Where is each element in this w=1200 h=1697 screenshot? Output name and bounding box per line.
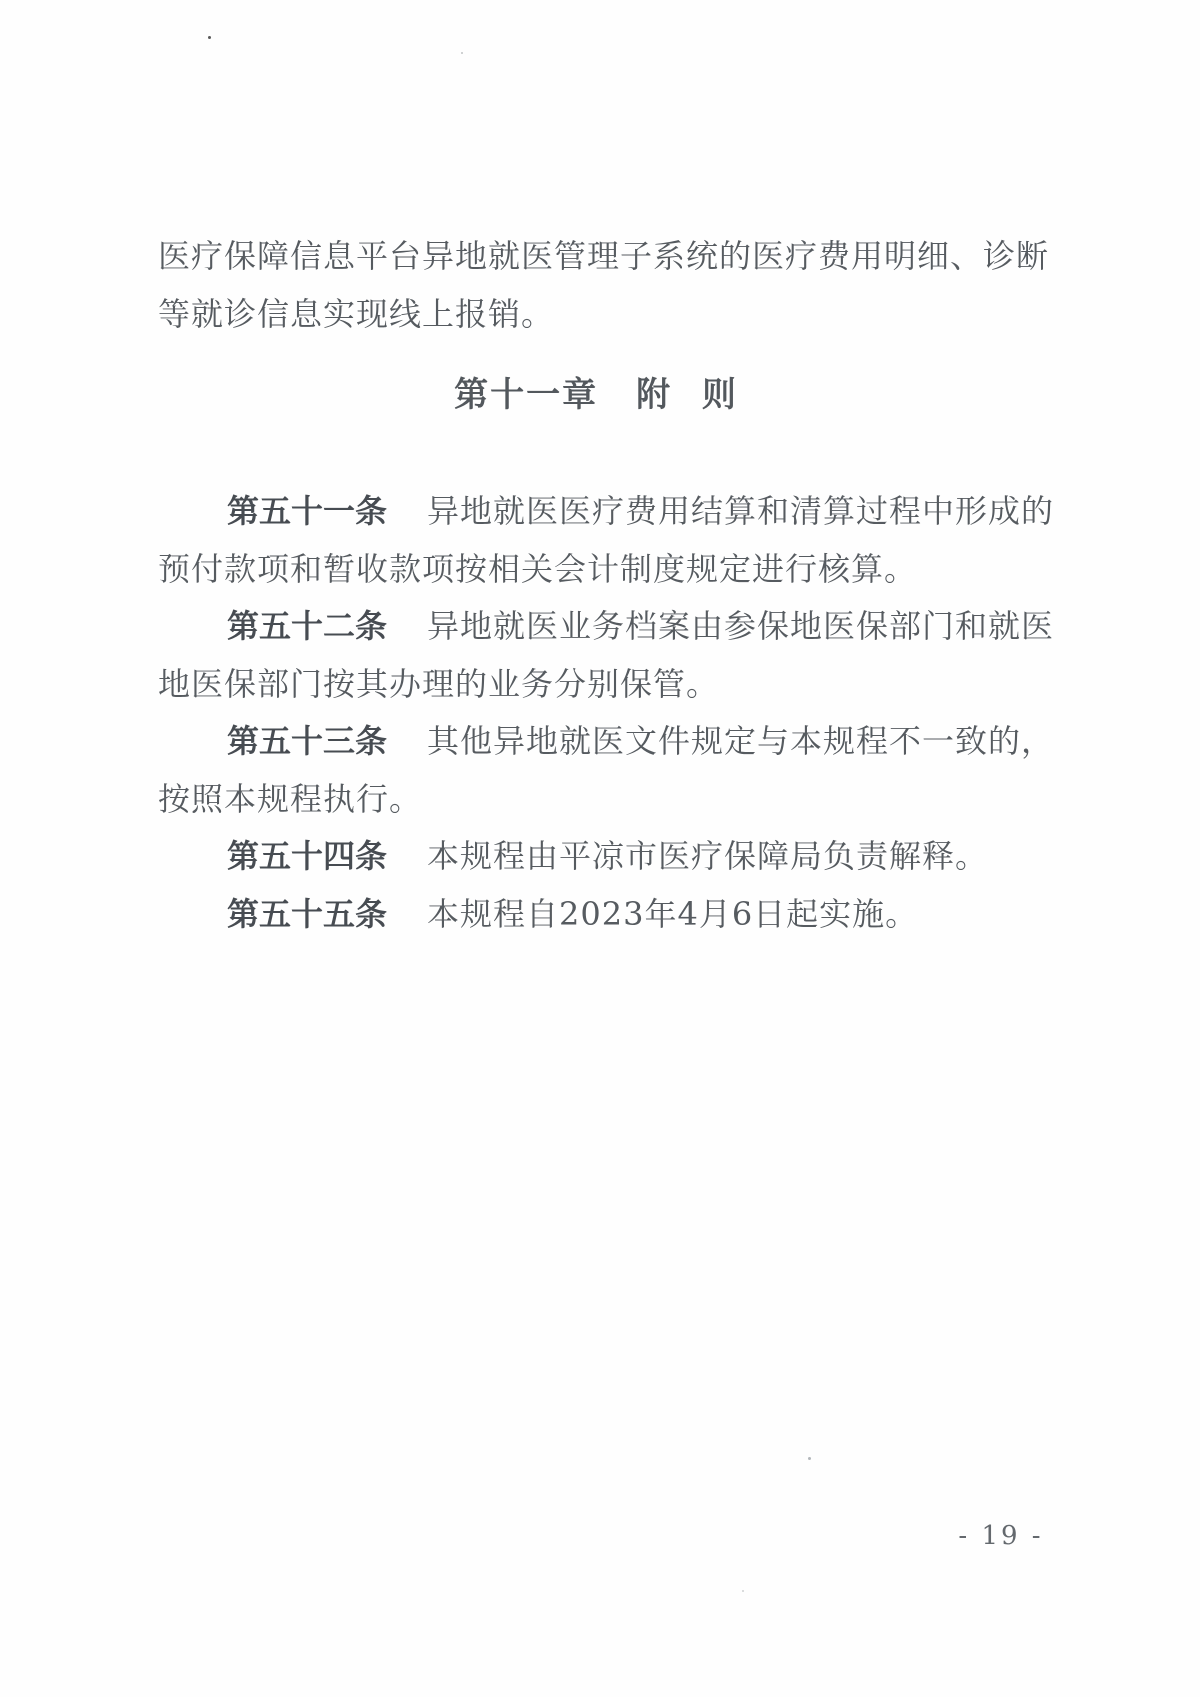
chapter-number: 第十一章	[454, 375, 598, 415]
article-55-text: 本规程自2023年4月6日起实施。	[427, 895, 918, 933]
article-51-number: 第五十一条	[227, 492, 387, 530]
article-52-text: 异地就医业务档案由参保地医保部门和就医	[427, 607, 1054, 645]
article-53-text: 其他异地就医文件规定与本规程不一致的，	[427, 722, 1054, 760]
scan-speck	[742, 1590, 744, 1592]
article-54-number: 第五十四条	[227, 837, 387, 875]
article-51-line-1: 第五十一条异地就医医疗费用结算和清算过程中形成的	[158, 483, 1058, 541]
articles-section: 第五十一条异地就医医疗费用结算和清算过程中形成的 预付款项和暂收款项按相关会计制…	[158, 483, 1058, 943]
intro-line-1: 医疗保障信息平台异地就医管理子系统的医疗费用明细、诊断	[158, 228, 1058, 286]
article-53-line-1: 第五十三条其他异地就医文件规定与本规程不一致的，	[158, 713, 1058, 771]
article-54-text: 本规程由平凉市医疗保障局负责解释。	[427, 837, 988, 875]
chapter-title: 附 则	[636, 375, 746, 415]
article-53-number: 第五十三条	[227, 722, 387, 760]
scan-speck	[461, 52, 463, 54]
scan-speck	[208, 36, 211, 39]
article-52-line-1: 第五十二条异地就医业务档案由参保地医保部门和就医	[158, 598, 1058, 656]
document-page: 医疗保障信息平台异地就医管理子系统的医疗费用明细、诊断 等就诊信息实现线上报销。…	[0, 0, 1200, 1697]
page-number: - 19 -	[946, 1519, 1056, 1553]
scan-speck	[808, 1457, 811, 1460]
article-52-number: 第五十二条	[227, 607, 387, 645]
intro-paragraph: 医疗保障信息平台异地就医管理子系统的医疗费用明细、诊断 等就诊信息实现线上报销。	[158, 228, 1058, 343]
article-55-number: 第五十五条	[227, 895, 387, 933]
article-51-text: 异地就医医疗费用结算和清算过程中形成的	[427, 492, 1054, 530]
article-52-line-2: 地医保部门按其办理的业务分别保管。	[158, 656, 1058, 714]
article-55-line-1: 第五十五条本规程自2023年4月6日起实施。	[158, 886, 1058, 944]
article-54-line-1: 第五十四条本规程由平凉市医疗保障局负责解释。	[158, 828, 1058, 886]
intro-line-2: 等就诊信息实现线上报销。	[158, 286, 1058, 344]
article-51-line-2: 预付款项和暂收款项按相关会计制度规定进行核算。	[158, 541, 1058, 599]
article-53-line-2: 按照本规程执行。	[158, 771, 1058, 829]
chapter-heading: 第十一章附 则	[0, 368, 1200, 422]
